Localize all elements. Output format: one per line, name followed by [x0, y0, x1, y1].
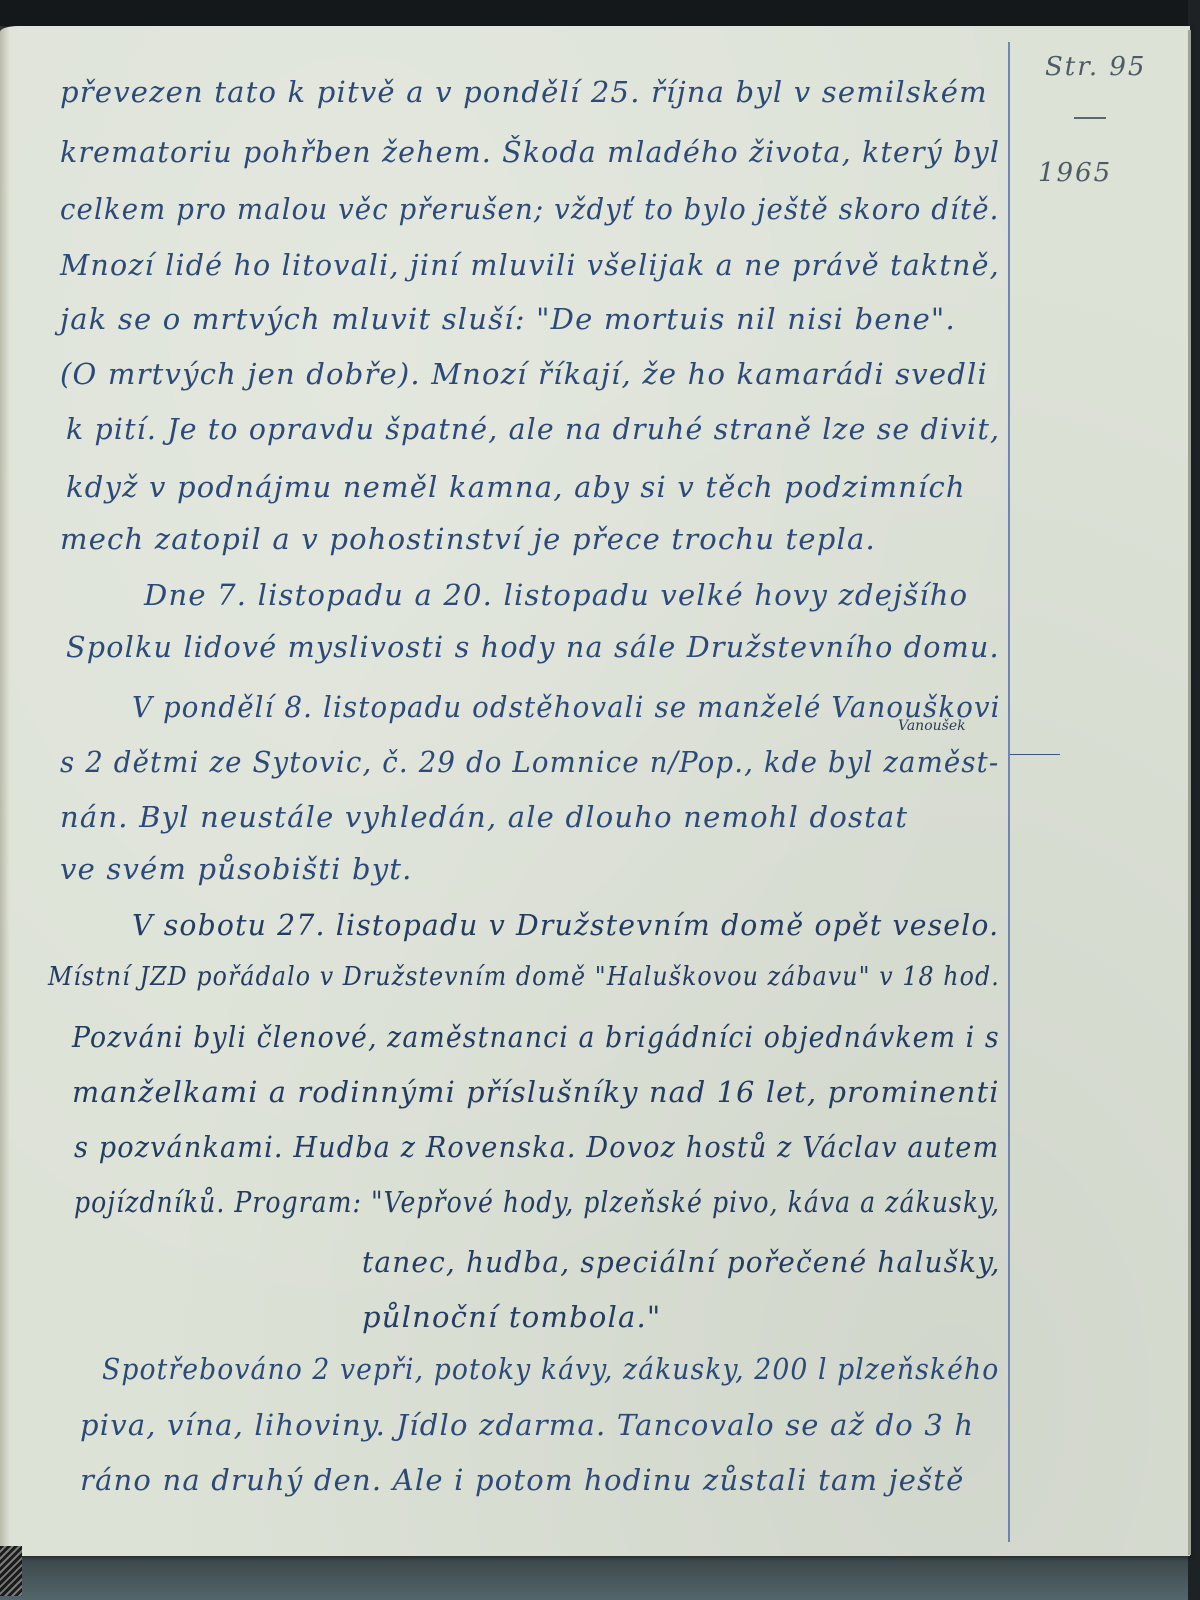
text-line: celkem pro malou věc přerušen; vždyť to … [60, 192, 1000, 226]
text-line: Spolku lidové myslivosti s hody na sále … [66, 630, 1000, 664]
margin-rule [1008, 42, 1010, 1542]
text-line: Místní JZD pořádalo v Družstevním domě "… [48, 962, 1000, 992]
text-line: když v podnájmu neměl kamna, aby si v tě… [66, 470, 966, 504]
text-line: mech zatopil a v pohostinství je přece t… [60, 522, 876, 556]
margin-separator [1074, 117, 1106, 119]
page-number: Str. 95 [1045, 52, 1146, 82]
text-line: V sobotu 27. listopadu v Družstevním dom… [132, 908, 999, 942]
text-line: V pondělí 8. listopadu odstěhovali se ma… [132, 690, 1001, 724]
year-label: 1965 [1038, 158, 1112, 188]
scan-background-bottom [0, 1555, 1200, 1600]
spine-shadow [0, 26, 10, 1556]
text-line: nán. Byl neustále vyhledán, ale dlouho n… [60, 800, 908, 834]
margin-tick-mark [1010, 754, 1060, 755]
text-line: manželkami a rodinnými příslušníky nad 1… [72, 1075, 1000, 1109]
text-line: (O mrtvých jen dobře). Mnozí říkají, že … [60, 357, 988, 391]
insertion-note: Vanoušek [898, 718, 966, 734]
text-line: s 2 dětmi ze Sytovic, č. 29 do Lomnice n… [60, 745, 999, 779]
text-line: pojízdníků. Program: "Vepřové hody, plze… [74, 1185, 1000, 1219]
text-line: převezen tato k pitvě a v pondělí 25. ří… [60, 75, 988, 109]
binding-corner [0, 1546, 22, 1596]
text-line: půlnoční tombola." [362, 1300, 661, 1334]
text-line: jak se o mrtvých mluvit sluší: "De mortu… [60, 302, 956, 336]
text-line: Dne 7. listopadu a 20. listopadu velké h… [144, 578, 968, 612]
text-line: Spotřebováno 2 vepři, potoky kávy, zákus… [102, 1352, 999, 1386]
text-line: piva, vína, lihoviny. Jídlo zdarma. Tanc… [80, 1408, 974, 1442]
text-line: Pozváni byli členové, zaměstnanci a brig… [72, 1020, 1000, 1054]
text-line: Mnozí lidé ho litovali, jiní mluvili vše… [60, 248, 1000, 282]
text-line: s pozvánkami. Hudba z Rovenska. Dovoz ho… [74, 1130, 999, 1164]
text-line: tanec, hudba, speciální pořečené halušky… [362, 1245, 1001, 1279]
page-edge [1188, 30, 1191, 1555]
text-line: ve svém působišti byt. [60, 852, 413, 886]
text-line: krematoriu pohřben žehem. Škoda mladého … [60, 135, 1000, 169]
text-line: k pití. Je to opravdu špatné, ale na dru… [66, 412, 1000, 446]
text-line: ráno na druhý den. Ale i potom hodinu zů… [80, 1463, 964, 1497]
